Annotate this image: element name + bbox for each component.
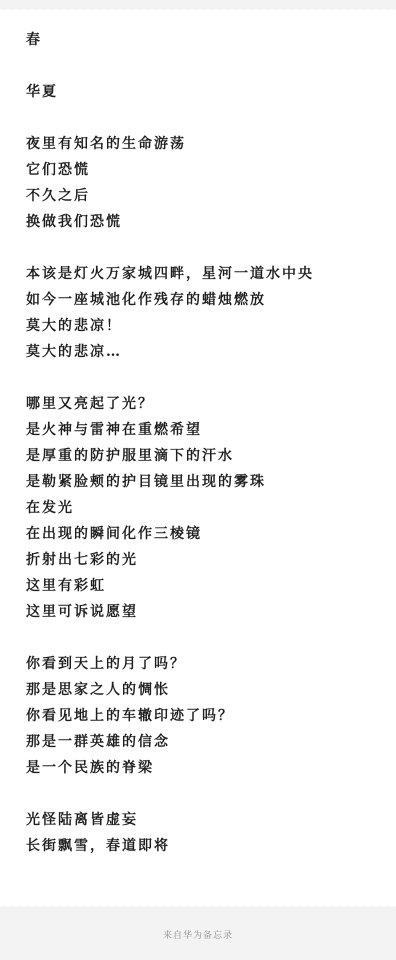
- source-label: 来自华为备忘录: [163, 928, 233, 941]
- blank-line: [26, 235, 376, 261]
- note-line: 那是思家之人的惆怅: [26, 677, 376, 703]
- note-line: 是厚重的防护服里滴下的汗水: [26, 443, 376, 469]
- note-line: 如今一座城池化作残存的蜡烛燃放: [26, 287, 376, 313]
- note-line: 是火神与雷神在重燃希望: [26, 417, 376, 443]
- note-line: 长街飘雪，春道即将: [26, 833, 376, 859]
- note-line: 哪里又亮起了光？: [26, 391, 376, 417]
- note-line: 是一个民族的脊梁: [26, 755, 376, 781]
- note-line: 华夏: [26, 79, 376, 105]
- note-line: 那是一群英雄的信念: [26, 729, 376, 755]
- blank-line: [26, 365, 376, 391]
- blank-line: [26, 625, 376, 651]
- note-line: 你看到天上的月了吗？: [26, 651, 376, 677]
- blank-line: [26, 105, 376, 131]
- note-line: 不久之后: [26, 183, 376, 209]
- note-line: 这里有彩虹: [26, 573, 376, 599]
- note-line: 莫大的悲凉！: [26, 313, 376, 339]
- note-line: 是勒紧脸颊的护目镜里出现的雾珠: [26, 469, 376, 495]
- note-line: 光怪陆离皆虚妄: [26, 807, 376, 833]
- note-line: 在出现的瞬间化作三棱镜: [26, 521, 376, 547]
- note-line: 折射出七彩的光: [26, 547, 376, 573]
- note-line: 莫大的悲凉…: [26, 339, 376, 365]
- note-line: 在发光: [26, 495, 376, 521]
- note-body: 春 华夏 夜里有知名的生命游荡 它们恐慌 不久之后 换做我们恐慌 本该是灯火万家…: [26, 27, 376, 859]
- note-line: 这里可诉说愿望: [26, 599, 376, 625]
- top-band: [0, 0, 396, 9]
- note-line: 换做我们恐慌: [26, 209, 376, 235]
- blank-line: [26, 781, 376, 807]
- blank-line: [26, 53, 376, 79]
- note-line: 夜里有知名的生命游荡: [26, 131, 376, 157]
- note-line: 它们恐慌: [26, 157, 376, 183]
- note-line: 本该是灯火万家城四畔，星河一道水中央: [26, 261, 376, 287]
- note-line: 春: [26, 27, 376, 53]
- footer: 来自华为备忘录: [0, 907, 396, 960]
- note-line: 你看见地上的车辙印迹了吗？: [26, 703, 376, 729]
